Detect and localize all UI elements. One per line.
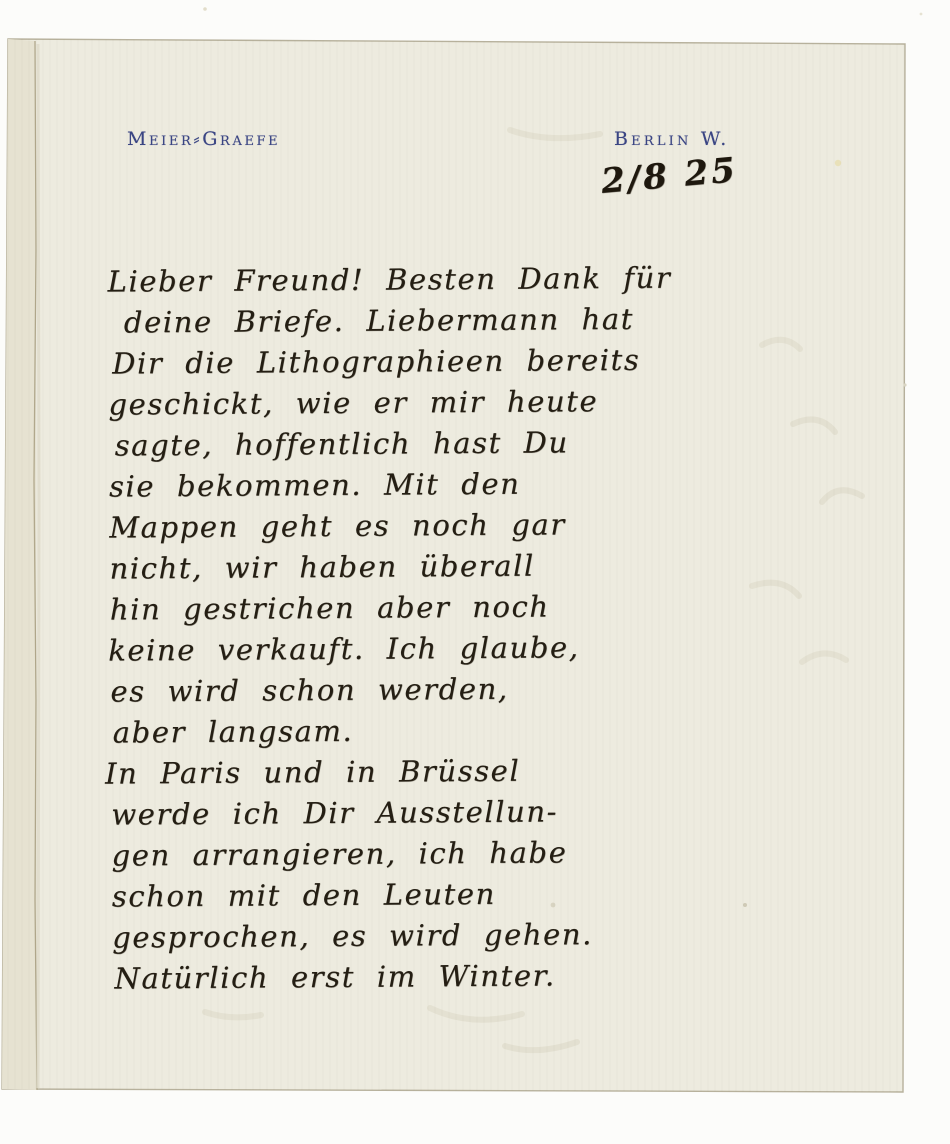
crease-shadow <box>38 44 39 1088</box>
letter-line: Mappen geht es noch gar <box>109 502 839 548</box>
letter-line: Lieber Freund! Besten Dank für <box>107 256 837 302</box>
letterhead-city: Berlin W. <box>614 128 729 150</box>
letter-line: sie bekommen. Mit den <box>109 461 839 507</box>
letter-line: aber langsam. <box>113 707 841 753</box>
letter-line: schon mit den Leuten <box>112 871 842 917</box>
letterhead-sender: Meier⸗Graefe <box>127 128 280 151</box>
letter-line: sagte, hoffentlich hast Du <box>115 420 839 466</box>
letter-line: In Paris und in Brüssel <box>105 748 841 794</box>
letter-line: werde ich Dir Ausstellun- <box>111 789 841 835</box>
letter-line: Natürlich erst im Winter. <box>114 953 842 999</box>
letter-line: gen arrangieren, ich habe <box>111 830 841 876</box>
letter-line: geschickt, wie er mir heute <box>108 379 838 425</box>
letter-line: Dir die Lithographieen bereits <box>112 338 838 384</box>
letter-scan: Meier⸗Graefe Berlin W. 2/8 25 Lieber Fre… <box>0 0 950 1144</box>
letter-line: hin gestrichen aber noch <box>110 584 840 630</box>
letter-line: es wird schon werden, <box>110 666 840 712</box>
letter-body: Lieber Freund! Besten Dank für deine Bri… <box>107 256 842 999</box>
letter-line: gesprochen, es wird gehen. <box>112 912 842 958</box>
letter-line: keine verkauft. Ich glaube, <box>108 625 840 671</box>
letter-line: deine Briefe. Liebermann hat <box>124 297 838 343</box>
letter-line: nicht, wir haben überall <box>109 543 839 589</box>
paper-fold-strip <box>2 39 37 1090</box>
